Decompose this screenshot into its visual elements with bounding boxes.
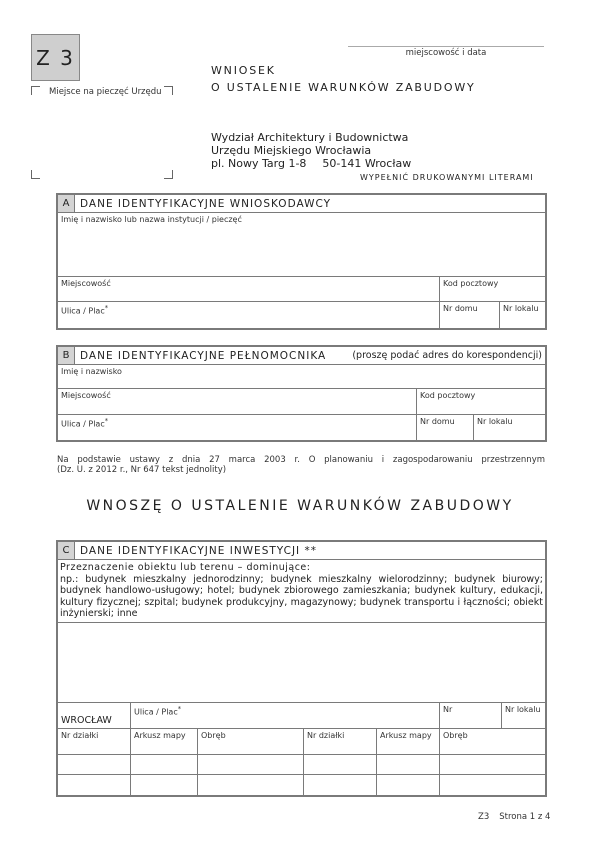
section-b: B DANE IDENTYFIKACYJNE PEŁNOMOCNIKA (pro… bbox=[56, 345, 547, 442]
date-label: miejscowość i data bbox=[348, 48, 544, 58]
section-a-title: DANE IDENTYFIKACYJNE WNIOSKODAWCY bbox=[75, 198, 545, 210]
footer-form-code: Z3 bbox=[478, 812, 489, 822]
applicant-house-field[interactable]: Nr domu bbox=[440, 302, 500, 329]
proxy-name-field[interactable]: Imię i nazwisko bbox=[58, 365, 545, 388]
section-c-letter: C bbox=[58, 542, 75, 559]
plot-header: Nr działki bbox=[58, 729, 131, 754]
section-b-title: DANE IDENTYFIKACYJNE PEŁNOMOCNIKA bbox=[75, 350, 352, 362]
form-title: WNIOSEK bbox=[211, 64, 276, 77]
plot-header: Obręb bbox=[440, 729, 545, 754]
plot-row bbox=[58, 755, 545, 775]
plot-cell[interactable] bbox=[377, 775, 440, 795]
investment-nr-field[interactable]: Nr bbox=[440, 703, 502, 728]
plot-cell[interactable] bbox=[440, 755, 545, 774]
investment-street-field[interactable]: Ulica / Plac* bbox=[131, 703, 440, 728]
applicant-street-field[interactable]: Ulica / Plac* bbox=[58, 302, 440, 329]
section-a: A DANE IDENTYFIKACYJNE WNIOSKODAWCY Imię… bbox=[56, 193, 547, 330]
section-b-letter: B bbox=[58, 347, 75, 364]
plot-cell[interactable] bbox=[131, 775, 198, 795]
purpose-description: Przeznaczenie obiektu lub terenu – domin… bbox=[58, 560, 545, 622]
legal-basis: Na podstawie ustawy z dnia 27 marca 2003… bbox=[57, 455, 545, 475]
plot-cell[interactable] bbox=[377, 755, 440, 774]
office-name: Wydział Architektury i Budownictwa bbox=[211, 131, 411, 144]
plot-cell[interactable] bbox=[304, 755, 377, 774]
plot-row bbox=[58, 775, 545, 795]
applicant-apt-field[interactable]: Nr lokalu bbox=[500, 302, 545, 329]
plot-header: Arkusz mapy bbox=[131, 729, 198, 754]
office-street: pl. Nowy Targ 1-8 bbox=[211, 157, 306, 170]
plot-header-row: Nr działki Arkusz mapy Obręb Nr działki … bbox=[58, 729, 545, 755]
investment-apt-field[interactable]: Nr lokalu bbox=[502, 703, 545, 728]
proxy-postal-field[interactable]: Kod pocztowy bbox=[417, 389, 545, 414]
plot-cell[interactable] bbox=[198, 755, 304, 774]
plot-cell[interactable] bbox=[440, 775, 545, 795]
form-subtitle: O USTALENIE WARUNKÓW ZABUDOWY bbox=[211, 81, 476, 94]
plot-cell[interactable] bbox=[131, 755, 198, 774]
stamp-corner-bottom-left bbox=[31, 170, 40, 179]
plot-header: Obręb bbox=[198, 729, 304, 754]
page-footer: Z3Strona 1 z 4 bbox=[478, 812, 550, 822]
fill-instruction: WYPEŁNIĆ DRUKOWANYMI LITERAMI bbox=[360, 173, 534, 182]
office-address: Wydział Architektury i Budownictwa Urzęd… bbox=[211, 131, 411, 170]
proxy-street-field[interactable]: Ulica / Plac* bbox=[58, 415, 417, 441]
stamp-corner-bottom-right bbox=[164, 170, 173, 179]
applicant-city-field[interactable]: Miejscowość bbox=[58, 277, 440, 301]
applicant-postal-field[interactable]: Kod pocztowy bbox=[440, 277, 545, 301]
investment-city: WROCŁAW bbox=[58, 703, 131, 728]
applicant-name-field[interactable]: Imię i nazwisko lub nazwa instytucji / p… bbox=[58, 213, 545, 276]
plot-cell[interactable] bbox=[198, 775, 304, 795]
office-name-2: Urzędu Miejskiego Wrocławia bbox=[211, 144, 411, 157]
purpose-input-area[interactable] bbox=[58, 623, 545, 702]
stamp-corner-top-left bbox=[31, 86, 40, 95]
proxy-house-field[interactable]: Nr domu bbox=[417, 415, 474, 441]
main-request-title: WNOSZĘ O USTALENIE WARUNKÓW ZABUDOWY bbox=[0, 498, 600, 514]
office-postal: 50-141 Wrocław bbox=[322, 157, 411, 170]
form-code: Z 3 bbox=[31, 34, 80, 81]
section-b-note: (proszę podać adres do korespondencji) bbox=[352, 350, 545, 361]
section-c: C DANE IDENTYFIKACYJNE INWESTYCJI ** Prz… bbox=[56, 540, 547, 797]
stamp-corner-top-right bbox=[164, 86, 173, 95]
plot-cell[interactable] bbox=[58, 755, 131, 774]
section-a-letter: A bbox=[58, 195, 75, 212]
stamp-label: Miejsce na pieczęć Urzędu bbox=[49, 87, 162, 97]
section-c-title: DANE IDENTYFIKACYJNE INWESTYCJI ** bbox=[75, 545, 545, 557]
plot-header: Nr działki bbox=[304, 729, 377, 754]
plot-cell[interactable] bbox=[304, 775, 377, 795]
plot-cell[interactable] bbox=[58, 775, 131, 795]
proxy-apt-field[interactable]: Nr lokalu bbox=[474, 415, 545, 441]
page-number: Strona 1 z 4 bbox=[499, 812, 550, 822]
plot-header: Arkusz mapy bbox=[377, 729, 440, 754]
date-input-line[interactable] bbox=[348, 46, 544, 47]
proxy-city-field[interactable]: Miejscowość bbox=[58, 389, 417, 414]
